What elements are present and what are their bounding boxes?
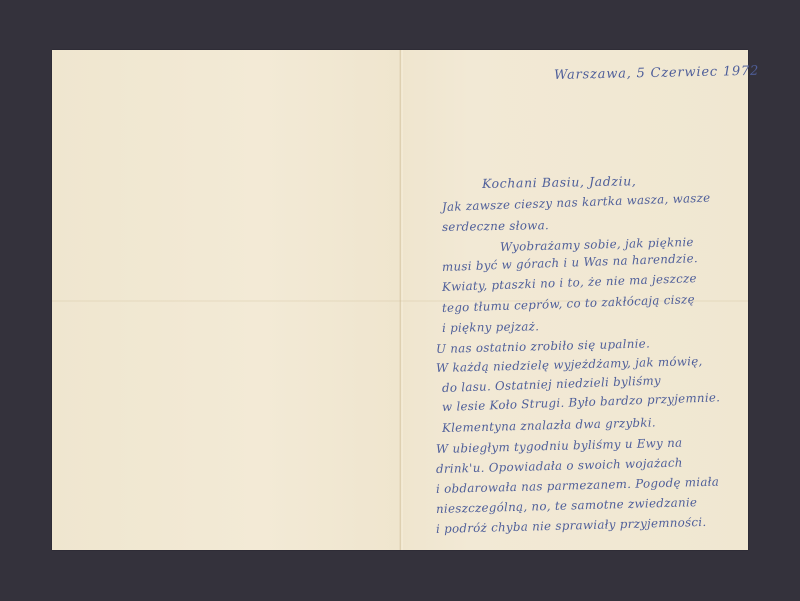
letter-line: Wyobrażamy sobie, jak pięknie: [500, 235, 694, 254]
letter-line: serdeczne słowa.: [442, 218, 549, 234]
letter-date: Warszawa, 5 Czerwiec 1972: [554, 64, 759, 83]
letter-line: W każdą niedzielę wyjeżdżamy, jak mówię,: [436, 354, 703, 375]
letter-line: do lasu. Ostatniej niedzieli byliśmy: [442, 373, 661, 395]
letter-line: U nas ostatnio zrobiło się upalnie.: [436, 336, 650, 356]
letter-sheet: Warszawa, 5 Czerwiec 1972 Kochani Basiu,…: [52, 50, 748, 550]
letter-line: w lesie Koło Strugi. Było bardzo przyjem…: [442, 390, 721, 414]
letter-line: i podróż chyba nie sprawiały przyjemnośc…: [436, 515, 707, 536]
letter-line: musi być w górach i u Was na harendzie.: [442, 251, 698, 274]
letter-line: nieszczególną, no, te samotne zwiedzanie: [436, 495, 698, 516]
letter-line: Jak zawsze cieszy nas kartka wasza, wasz…: [442, 191, 711, 214]
letter-line: Klementyna znalazła dwa grzybki.: [442, 415, 656, 435]
letter-line: Kwiaty, ptaszki no i to, że nie ma jeszc…: [442, 271, 697, 294]
letter-line: W ubiegłym tygodniu byliśmy u Ewy na: [436, 436, 683, 456]
letter-salutation: Kochani Basiu, Jadziu,: [482, 173, 637, 191]
letter-line: i obdarowała nas parmezanem. Pogodę miał…: [436, 475, 720, 496]
letter-line: drink'u. Opowiadała o swoich wojażach: [436, 456, 683, 476]
letter-line: tego tłumu ceprów, co to zakłócają ciszę: [442, 292, 695, 315]
right-page: Warszawa, 5 Czerwiec 1972 Kochani Basiu,…: [402, 50, 748, 550]
letter-line: i piękny pejzaż.: [442, 319, 539, 335]
